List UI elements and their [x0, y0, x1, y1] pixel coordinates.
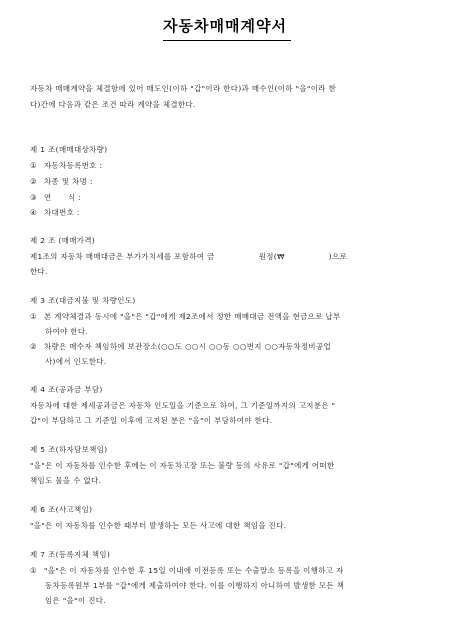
article-7-item-cont: 임은 "을"이 진다.: [45, 596, 106, 606]
article-1-item: ②차종 및 차명 :: [30, 177, 93, 187]
article-2-body: 제1조의 자동차 매매대금은 부가가치세를 포함하여 금 원정(₩ )으로: [30, 252, 347, 262]
item-number: ②: [30, 342, 44, 352]
article-5-body: "을"은 이 자동차를 인수한 후에는 이 자동차고장 또는 불량 등의 사유로…: [30, 461, 335, 471]
item-number: ①: [30, 312, 44, 322]
title-underline: [163, 40, 291, 41]
item-number: ④: [30, 208, 44, 218]
item-text: 차량은 매수자 책임하에 보관장소(○○도 ○○시 ○○동 ○○번지 ○○자동차…: [44, 342, 331, 351]
intro-line: 다)간에 다음과 같은 조건 따라 계약을 체결한다.: [30, 100, 196, 110]
article-3-item: ①본 계약체결과 동시에 "을"은 "갑"에게 제2조에서 정한 매매대금 전액…: [30, 312, 341, 322]
article-4-body: 자동차에 대한 제세공과금은 자동차 인도일을 기준으로 하여, 그 기준일까지…: [30, 401, 335, 411]
item-text: 자동차등록번호 :: [44, 161, 102, 170]
article-5-body: 책임도 물을 수 없다.: [30, 476, 101, 486]
article-1-item: ①자동차등록번호 :: [30, 161, 102, 171]
article-6-heading: 제 6 조(사고책임): [30, 505, 92, 515]
article-7-heading: 제 7 조(등록지체 책임): [30, 550, 110, 560]
article-6-body: "을"은 이 자동차를 인수한 때부터 발생하는 모든 사고에 대한 책임을 진…: [30, 521, 287, 531]
article-2-body: 한다.: [30, 267, 48, 277]
article-5-heading: 제 5 조(하자담보책임): [30, 445, 107, 455]
article-3-item: ②차량은 매수자 책임하에 보관장소(○○도 ○○시 ○○동 ○○번지 ○○자동…: [30, 342, 331, 352]
item-number: ①: [30, 566, 44, 576]
document-title: 자동차매매계약서: [0, 15, 450, 36]
article-1-item: ③연 식 :: [30, 193, 81, 203]
article-2-heading: 제 2 조 (매매가격): [30, 236, 95, 246]
item-text: 차종 및 차명 :: [44, 177, 93, 186]
article-1-heading: 제 1 조(매매대상차량): [30, 145, 107, 155]
article-7-item: ①"을"은 이 자동차를 인수한 후 15일 이내에 이전등록 또는 수출말소 …: [30, 566, 344, 576]
item-text: "을"은 이 자동차를 인수한 후 15일 이내에 이전등록 또는 수출말소 등…: [44, 566, 344, 575]
article-1-item: ④차대번호 :: [30, 208, 80, 218]
item-number: ①: [30, 161, 44, 171]
item-text: 본 계약체결과 동시에 "을"은 "갑"에게 제2조에서 정한 매매대금 전액을…: [44, 312, 341, 321]
article-3-item-cont: 사)에서 인도한다.: [45, 357, 107, 367]
item-number: ③: [30, 193, 44, 203]
article-3-heading: 제 3 조(대금지불 및 차량인도): [30, 296, 136, 306]
item-text: 연 식 :: [44, 193, 81, 202]
article-4-body: 갑"이 부담하고 그 기준일 이후에 고지된 분은 "을"이 부담하여야 한다.: [30, 416, 272, 426]
article-4-heading: 제 4 조(공과금 부담): [30, 385, 103, 395]
intro-line: 자동차 매매계약을 체결함에 있어 매도인(이하 "갑"이라 한다)과 매수인(…: [30, 84, 336, 94]
item-text: 차대번호 :: [44, 208, 80, 217]
article-3-item-cont: 하여야 한다.: [45, 327, 88, 337]
article-7-item-cont: 동차등록원부 1부를 "갑"에게 제출하여야 한다. 이를 이행하지 아니하여 …: [45, 581, 344, 591]
item-number: ②: [30, 177, 44, 187]
